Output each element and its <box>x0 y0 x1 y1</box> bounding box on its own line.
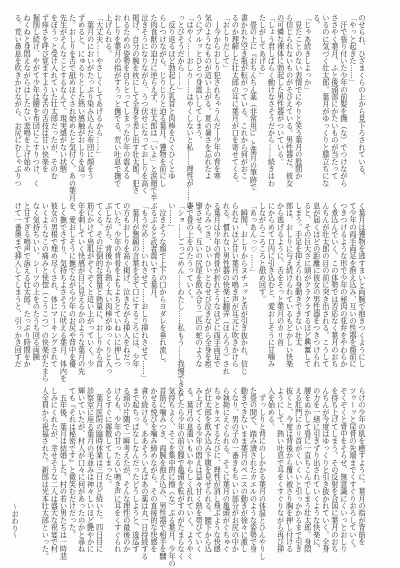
text-column: く煮込んでいく。この体勢では否応なく葉月のおち <box>331 202 340 374</box>
text-block-top: のせられ、ひざまくらの上から見下ろされている。 「やっと起きた……」 汗で張り付… <box>14 14 367 186</box>
text-column: たしがしてあげる」 <box>258 14 267 186</box>
text-column: て少年の両手両足を抱え込み、互いの性器を顔前に <box>349 202 358 374</box>
text-column: ぶしながら、背後から熱く太い肉棒がゆっくりと入っ <box>105 202 114 374</box>
text-block-middle: く葉月は獲物を逃すまいと両腕で抱きつくようにし て少年の両手両足を抱え込み、互い… <box>14 202 367 374</box>
text-column: くなり、男の子の一番きもちいい部分がお尻の中か <box>231 387 240 559</box>
text-column: 輝いていたが、村人が口々に何があったのかと尋ね <box>78 387 87 559</box>
text-column: み上げてくる少年の悶えは益々甘く熱を帯びていく <box>195 387 204 559</box>
text-column: 年を刺していく快感が目に見えるかのような葉月の先 <box>78 202 87 374</box>
text-column: を、愛おしそうに撫でながら少年のお尻や背中を優 <box>68 202 77 374</box>
text-column: 腰をぬかして畳に一直ちこんでしまう壮太郎。身悶 <box>304 387 313 559</box>
text-column: なく気持ちいい。シーツの上をのたうち回る両腕 <box>32 202 41 374</box>
text-column: 攣させる。互いの尻尾を飲み合う二匹の蛇のような <box>195 202 204 374</box>
text-column: 抜くと、今度は背後から覆い被さり胸を押し付ける <box>286 387 295 559</box>
text-column: る頭の片隅で一瞬考えたが、そんな理性の最後のか <box>123 387 132 559</box>
text-column: 「しょう君しばらく動けなさそうだから……続きはわ <box>267 14 276 186</box>
text-column: らしつけながら、じりじりと迫る葉月。獲物を前にし <box>159 14 168 186</box>
text-column: た畳の間で、踏み潰されたカエルのような姿勢で身 <box>249 387 258 559</box>
text-column: れる。慣れない男性器の快楽に翻弄（ほんろう）され <box>222 202 231 374</box>
text-column: れるための姿勢を自らとってしまった少年の震える <box>123 14 132 186</box>
text-column: ねくねと身悶えながらはしたない悲鳴を上げ始め <box>23 14 32 186</box>
text-column: 見たことのない表情でにやりと笑う葉月の股間か <box>295 14 304 186</box>
text-column: るのか理解した壮太郎の耳に葉月が口を寄せてくる。 <box>231 14 240 186</box>
text-column: いくようなこの痛みと恍惚（こうこつ）の快楽がたまら <box>41 202 50 374</box>
text-column: の力を一緒に引きずり出されていくような快楽に、 <box>313 387 322 559</box>
text-column: 瞬間、おしりからヌチュッと舌が引き抜かれ、信じ <box>240 202 249 374</box>
text-column: の方もおしりを高く掲げ、泣きながら挿入をねだっ <box>123 202 132 374</box>
text-column: 郎は、おしりに与え続けられているもどかしい快楽 <box>286 202 295 374</box>
text-column: える肛門にカリ首がくいくいと引っかかるまで引き <box>295 387 304 559</box>
text-column: 姿で畳の上をのたうっていく。 <box>186 202 195 374</box>
text-column: 泣きそうになりながら、うつ伏せになっておしりを高く <box>141 14 150 186</box>
text-column: ら信じられないものがそびえている。男性器だ。彼女 <box>286 14 295 186</box>
text-column: 先生がそんなことするなんて。現実感がない状態 <box>59 14 68 186</box>
text-column: 診察室に座る葉月の毛並みは神々しいほど艶やかに <box>87 387 96 559</box>
text-column: 気のようなものが這い上がる。夏の暑さを忘れたよ <box>204 14 213 186</box>
text-column: ようにして、熱い吐息で耳をくすぐりながら再び挿 <box>277 387 286 559</box>
text-column: 息が届くほどの距離に彼女の男性器をつきつけられ <box>313 202 322 374</box>
text-column: た肉食獣の迫力に逆らえず、壮太郎は「いよ」と涙顔で半 <box>150 14 159 186</box>
text-column: いるのに気づく壮太郎。葉月がゆっくりと膝立ちにな <box>322 14 331 186</box>
text-column: かせる悦びを噛み締めながら、その直接的な快感を <box>150 387 159 559</box>
text-column: 五年後、葉月は結婚した。村の若い男たちは一時悲 <box>59 387 68 559</box>
text-column: 入を始める。 <box>267 387 276 559</box>
text-column: ささやく葉月。ふと後頭部にかたいものが当たって <box>331 14 340 186</box>
text-column: る。 <box>313 14 322 186</box>
text-column: から逃げるように、舌をそっと葉月のカリ首 <box>277 202 286 374</box>
text-column: 「もうだめ……いれさせて……おしり挿れさせて……」 <box>141 202 150 374</box>
text-column: 動きできないまま葉月のペニスの動きが徐々に激し <box>240 387 249 559</box>
text-column: しまう。手足を抑えられ身動きできない壮太 <box>295 202 304 374</box>
text-column: 葉月が懇願の言葉を全て口にするころには、少年 <box>132 202 141 374</box>
text-column: 人全員から祝福された。新郎は光本壮太郎といった。 <box>41 387 50 559</box>
text-column: ぶるぶると武者震いする葉月。 <box>150 202 159 374</box>
text-column: 「あっあんっ♡……」 <box>249 202 258 374</box>
text-column: 貪り続ける。ああそういえばあの薬は丸一日持続する <box>141 387 150 559</box>
text-column: んちんが今度はゆっくりと引き抜かれていく。全身 <box>322 387 331 559</box>
text-column: ちゅとキスするたびに、理性が消し飛ぶような快感 <box>213 387 222 559</box>
text-column: ずめると、にゅるりとした熱い感触がおしりを這っ <box>78 14 87 186</box>
text-column: 「はやく……おしり……はやくしないと私……理性が……ふ <box>186 14 195 186</box>
text-column: ―今からおしり犯されちゃうんだ―少年の背を寒 <box>213 14 222 186</box>
text-column: 「大丈夫……やさしくしてあげるから……」 <box>96 14 105 186</box>
text-column: ずっしりと背にのしかかる葉月の体温とひんやりし <box>258 387 267 559</box>
text-column: ていた。少年の背骨をよちよちとていねいに押しつ <box>114 202 123 374</box>
text-column: うにブルッとひとつ身震いしてしまう。 <box>195 14 204 186</box>
text-column: おしりを葉月の指がすうっと撫でる。荒い吐息で撫で <box>114 14 123 186</box>
text-column: られないほど甘い葉月の鳴き声が耳元に吹きかけら <box>231 202 240 374</box>
text-column: 汗で張り付いた少年の前髪を撫（な）でつけながら <box>340 14 349 186</box>
text-column: まで起ちっぱなしなんだったどうしようと、逡巡す <box>132 387 141 559</box>
text-column: 「やっと起きた……」 <box>349 14 358 186</box>
text-column: けて一番奥まで挿入してしまうと、引っかき回すだ <box>14 202 23 374</box>
text-column: 「ショ……ごっごめん……わたし……私もう……我慢できな <box>177 202 186 374</box>
text-column: 上げられる。 <box>105 14 114 186</box>
text-column: 泣きそうな顔で上下の口からヨダレを垂れ流し、 <box>159 202 168 374</box>
text-column: んちんが壮太郎の目の前に突き出される。こうして <box>322 202 331 374</box>
text-column: っとびそうだから……」 <box>177 14 186 186</box>
story-end-mark: 〜おわり〜 <box>11 503 20 539</box>
text-column: い……」 <box>168 202 177 374</box>
text-column: ても『それは秘密です』と微笑むだけだった。 <box>68 387 77 559</box>
text-column: る葉月は少年の背骨が折れそうなほどに両手両足で <box>213 202 222 374</box>
text-column: る。荒い鼻息を吹きかけながら、お尻にむしゃぶりつ <box>14 14 23 186</box>
text-column: を持ち上げてしまう。その反射を合図に葉月のおち <box>331 387 340 559</box>
text-column: る。葉月の息遣いもいやらしく乱れていく。ようやく <box>186 387 195 559</box>
text-column: ぞくぞくと背中をそらせ、無意識にくいっとおしり <box>340 387 349 559</box>
text-column: しながらころころと舐め回す。 <box>258 202 267 374</box>
text-column: ると、その巨大さに頭がクラクラするほど興奮して <box>304 202 313 374</box>
text-column: にからめて口内に引き込むと、愛おしそうに甘噛み <box>267 202 276 374</box>
text-column: をぼうっと受け入れていた壮太郎だったが、そのむ <box>50 14 59 186</box>
text-column: ず痒さを呼び覚ますような舌の舌技は甘い快楽を <box>41 14 50 186</box>
text-column: 掘削し続け、やがて少年は腰を布団にこすりつけ、く <box>32 14 41 186</box>
text-column: としたら少年の前立腺で亀頭を転がすのがたまらなく <box>177 387 186 559</box>
text-column: が壮太郎を飲み込み下腹を見せられる。腰下から込 <box>204 387 213 559</box>
text-column: ら執拗にえぐられる。そこに葉月の亀頭がぐちゅぐ <box>222 387 231 559</box>
text-column: 「おしりだして」 <box>222 14 231 186</box>
text-column: らけの少年の肌を癒すように、葉月の指が背筋を <box>358 387 367 559</box>
text-column: と甘すぎる鳴声で訴える壮太郎。たっぷり時間をか <box>23 202 32 374</box>
text-column: てくる。その圧倒的な質量と熱量に、おしりから首 <box>96 202 105 374</box>
text-column: 葉月のにおいがたっぷり染み込んだ布団に顔をう <box>87 14 96 186</box>
text-column: 反り返るほど勃起した乳首と肉棒をひくひくとゆ <box>168 14 177 186</box>
text-column: けらも、少年の甘ったるい鳴き声に耳をくすぐられ <box>114 387 123 559</box>
text-block-bottom: らけの少年の肌を癒すように、葉月の指が背筋を ツゥーッと尾骨の先端までくすぐりお… <box>41 387 367 559</box>
text-column: しみにくれたが、幸せそうな二人は盛大な祝宴で村 <box>50 387 59 559</box>
text-column: 書かれた空き瓶が転がっている。これから何がおこ <box>240 14 249 186</box>
text-column: く葉月は獲物を逃すまいと両腕で抱きつくようにし <box>358 202 367 374</box>
text-column: た。おしりを舌で舐めほぐされ始めたと気付く。あの葉月 <box>68 14 77 186</box>
text-column: のせられ、ひざまくらの上から見下ろされている。 <box>358 14 367 186</box>
text-column: 掲げ、自分の腕を枕にして全身を差し出す壮太郎。犯さ <box>132 14 141 186</box>
text-column: つきつけるような形で少年の秘肉の花弁をやわらか <box>340 202 349 374</box>
text-column: ツゥーッと尾骨の先端までくすぐりおろしていく。 <box>349 387 358 559</box>
text-column: 首筋に噛みつき、両腕を抱え込み、男性器で相手を嬲 <box>159 387 168 559</box>
text-column: 畳の上に『おちんちん薬（非常用）』と葉月の筆跡で <box>249 14 258 186</box>
text-column: 筋にかけて鳥肌がぞくぞくと這い上がっていく。少 <box>87 202 96 374</box>
text-column: 葉月医院の臨時休業は三日ほど続いた。四日目に <box>96 387 105 559</box>
text-column: るとすぐに霧散してしまった。 <box>105 387 114 559</box>
text-column: 「じゃあ続きしよっか」 <box>304 14 313 186</box>
text-column: しく撫でさすり、気持ちよさそうに吠える葉月。体内を <box>59 202 68 374</box>
text-column: 彼女の男根で埋め尽くされ、体にマーキングされて <box>50 202 59 374</box>
text-column: の可憐な裸体に勃起した男性器がついている。 <box>277 14 286 186</box>
text-column: 気持ちよく、そこを集中的に擦（な）ぶる葉月。少年の <box>168 387 177 559</box>
text-column: からみつき、ひぃひぃとむせび泣きながら全身を痙 <box>204 202 213 374</box>
